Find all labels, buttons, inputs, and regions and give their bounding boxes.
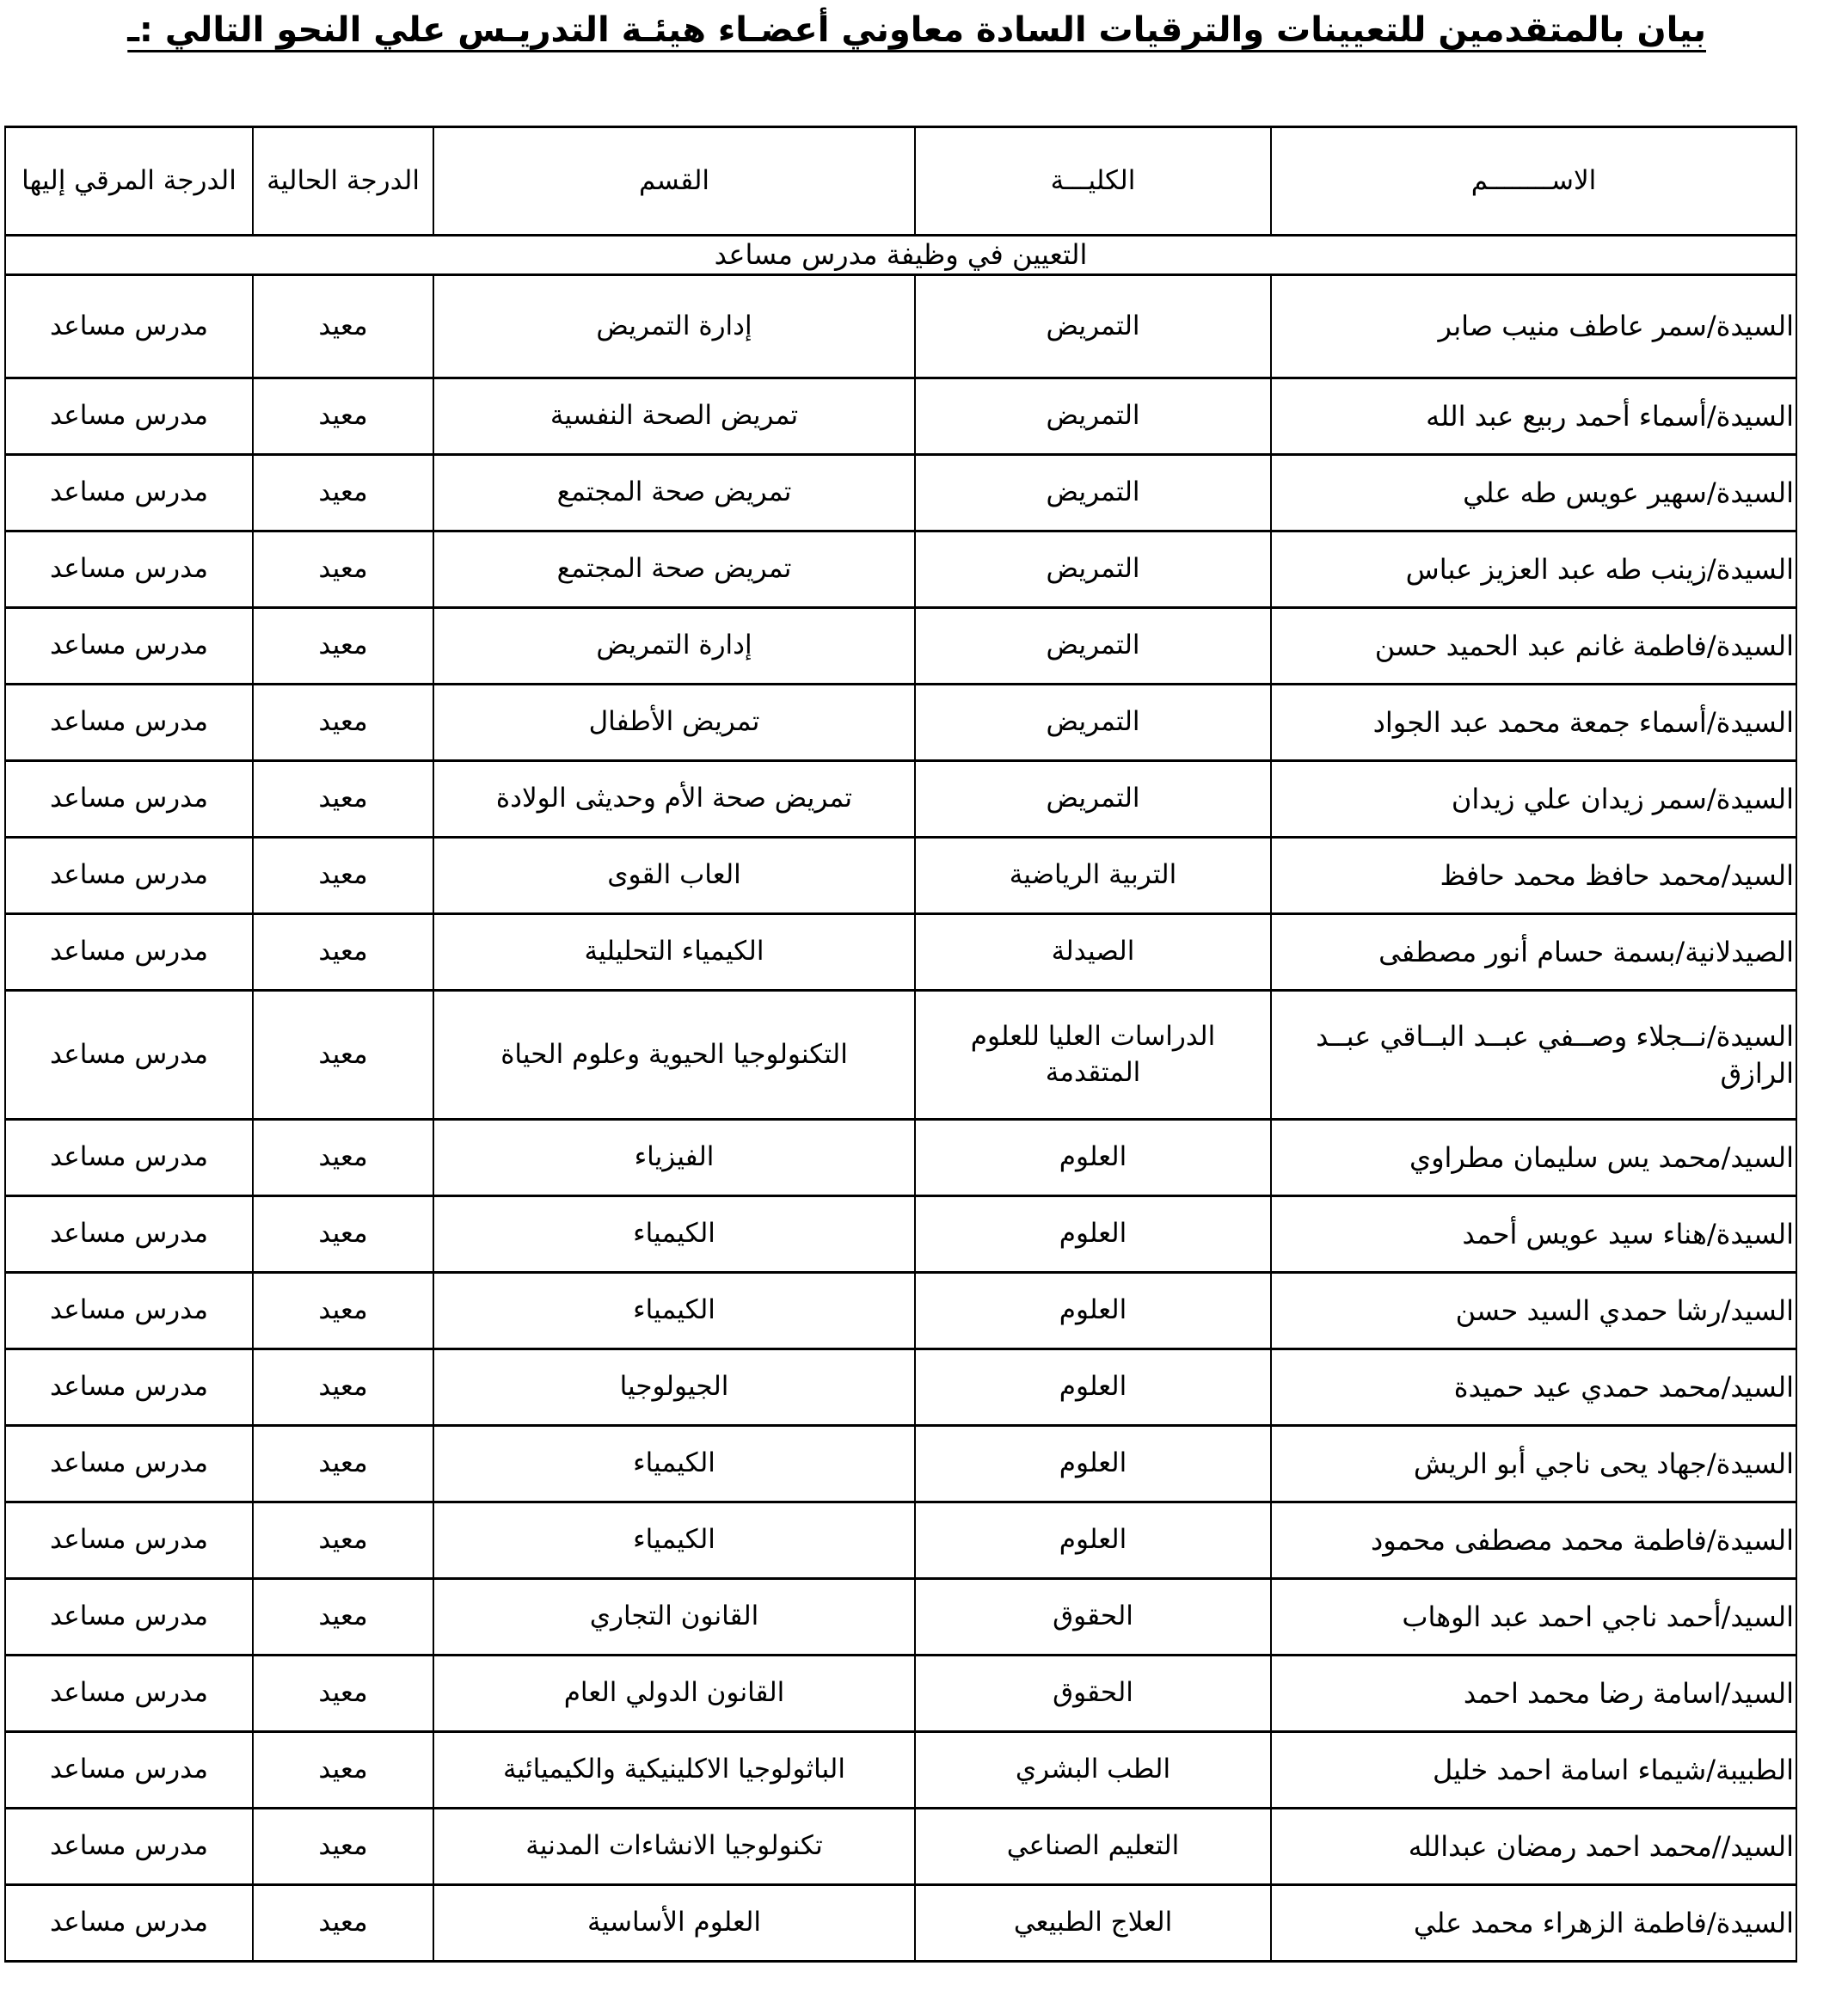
cell-department: تمريض الأطفال [433,685,915,761]
cell-faculty: العلوم [915,1273,1271,1349]
table-row: السيد/محمد يس سليمان مطراويالعلومالفيزيا… [5,1120,1796,1196]
cell-department: القانون التجاري [433,1579,915,1656]
cell-current-degree: معيد [253,1502,433,1579]
cell-name: السيد/محمد حافظ محمد حافظ [1271,838,1796,914]
cell-current-degree: معيد [253,1196,433,1273]
cell-promoted-degree: مدرس مساعد [5,275,253,378]
cell-promoted-degree: مدرس مساعد [5,1885,253,1962]
table-body: السيدة/سمر عاطف منيب صابرالتمريضإدارة ال… [5,275,1796,1962]
cell-current-degree: معيد [253,1349,433,1426]
cell-name: السيدة/أسماء أحمد ربيع عبد الله [1271,378,1796,455]
cell-name: السيدة/أسماء جمعة محمد عبد الجواد [1271,685,1796,761]
cell-department: العلوم الأساسية [433,1885,915,1962]
page-title: بيان بالمتقدمين للتعيينات والترقيات السا… [142,10,1706,50]
cell-faculty: العلوم [915,1196,1271,1273]
cell-current-degree: معيد [253,455,433,531]
cell-promoted-degree: مدرس مساعد [5,1120,253,1196]
cell-promoted-degree: مدرس مساعد [5,1809,253,1885]
cell-promoted-degree: مدرس مساعد [5,838,253,914]
cell-current-degree: معيد [253,378,433,455]
section-header-row: التعيين في وظيفة مدرس مساعد [5,236,1796,275]
cell-current-degree: معيد [253,1120,433,1196]
table-row: السيد/محمد حافظ محمد حافظالتربية الرياضي… [5,838,1796,914]
cell-faculty: التعليم الصناعي [915,1809,1271,1885]
cell-faculty: العلوم [915,1349,1271,1426]
cell-name: السيدة/فاطمة محمد مصطفى محمود [1271,1502,1796,1579]
cell-promoted-degree: مدرس مساعد [5,761,253,838]
table-header: الاســــــــم الكليـــة القسم الدرجة الح… [5,127,1796,275]
cell-current-degree: معيد [253,1732,433,1809]
table-row: السيدة/سهير عويس طه عليالتمريضتمريض صحة … [5,455,1796,531]
cell-department: إدارة التمريض [433,275,915,378]
cell-faculty: الطب البشري [915,1732,1271,1809]
cell-name: السيد/محمد حمدي عيد حميدة [1271,1349,1796,1426]
cell-current-degree: معيد [253,914,433,991]
cell-faculty: الحقوق [915,1656,1271,1732]
cell-current-degree: معيد [253,1656,433,1732]
cell-faculty: التمريض [915,455,1271,531]
cell-current-degree: معيد [253,531,433,608]
cell-faculty: العلوم [915,1120,1271,1196]
cell-department: الباثولوجيا الاكلينيكية والكيميائية [433,1732,915,1809]
cell-department: تمريض صحة المجتمع [433,455,915,531]
cell-department: تمريض صحة الأم وحديثى الولادة [433,761,915,838]
cell-promoted-degree: مدرس مساعد [5,455,253,531]
cell-department: التكنولوجيا الحيوية وعلوم الحياة [433,991,915,1120]
cell-department: الفيزياء [433,1120,915,1196]
table-row: السيدة/جهاد يحى ناجي أبو الريشالعلومالكي… [5,1426,1796,1502]
cell-department: القانون الدولي العام [433,1656,915,1732]
cell-promoted-degree: مدرس مساعد [5,1732,253,1809]
cell-current-degree: معيد [253,1579,433,1656]
table-row: السيدة/فاطمة الزهراء محمد عليالعلاج الطب… [5,1885,1796,1962]
cell-promoted-degree: مدرس مساعد [5,531,253,608]
cell-promoted-degree: مدرس مساعد [5,991,253,1120]
cell-promoted-degree: مدرس مساعد [5,1579,253,1656]
cell-department: العاب القوى [433,838,915,914]
column-header-name: الاســــــــم [1271,127,1796,236]
table-row: الطبيبة/شيماء اسامة احمد خليلالطب البشري… [5,1732,1796,1809]
cell-department: الكيمياء [433,1426,915,1502]
cell-current-degree: معيد [253,838,433,914]
column-header-current-degree: الدرجة الحالية [253,127,433,236]
cell-name: السيدة/جهاد يحى ناجي أبو الريش [1271,1426,1796,1502]
cell-faculty: التمريض [915,275,1271,378]
cell-name: السيد/اسامة رضا محمد احمد [1271,1656,1796,1732]
cell-faculty: التمريض [915,378,1271,455]
table-row: السيدة/سمر زيدان علي زيدانالتمريضتمريض ص… [5,761,1796,838]
cell-name: السيد/أحمد ناجي احمد عبد الوهاب [1271,1579,1796,1656]
cell-promoted-degree: مدرس مساعد [5,914,253,991]
table-row: السيد/رشا حمدي السيد حسنالعلومالكيمياءمع… [5,1273,1796,1349]
cell-current-degree: معيد [253,1426,433,1502]
cell-department: الكيمياء التحليلية [433,914,915,991]
cell-current-degree: معيد [253,1809,433,1885]
cell-faculty: العلوم [915,1426,1271,1502]
column-header-faculty: الكليـــة [915,127,1271,236]
cell-promoted-degree: مدرس مساعد [5,1426,253,1502]
cell-current-degree: معيد [253,685,433,761]
cell-current-degree: معيد [253,1273,433,1349]
cell-faculty: الدراسات العليا للعلوم المتقدمة [915,991,1271,1120]
cell-faculty: التمريض [915,531,1271,608]
cell-name: السيدة/فاطمة الزهراء محمد علي [1271,1885,1796,1962]
cell-department: الكيمياء [433,1273,915,1349]
cell-department: تكنولوجيا الانشاءات المدنية [433,1809,915,1885]
section-header: التعيين في وظيفة مدرس مساعد [5,236,1796,275]
column-header-promoted-degree: الدرجة المرقي إليها [5,127,253,236]
cell-name: السيد//محمد احمد رمضان عبدالله [1271,1809,1796,1885]
table-row: السيد/أحمد ناجي احمد عبد الوهابالحقوقالق… [5,1579,1796,1656]
cell-current-degree: معيد [253,761,433,838]
cell-department: الجيولوجيا [433,1349,915,1426]
cell-promoted-degree: مدرس مساعد [5,1502,253,1579]
cell-name: الصيدلانية/بسمة حسام أنور مصطفى [1271,914,1796,991]
cell-promoted-degree: مدرس مساعد [5,608,253,685]
cell-current-degree: معيد [253,1885,433,1962]
cell-promoted-degree: مدرس مساعد [5,1349,253,1426]
applicants-table: الاســــــــم الكليـــة القسم الدرجة الح… [4,126,1797,1963]
cell-department: تمريض صحة المجتمع [433,531,915,608]
column-header-department: القسم [433,127,915,236]
cell-faculty: التمريض [915,685,1271,761]
table-row: السيدة/نــجلاء وصــفي عبــد البــاقي عبـ… [5,991,1796,1120]
cell-name: السيدة/هناء سيد عويس أحمد [1271,1196,1796,1273]
cell-name: الطبيبة/شيماء اسامة احمد خليل [1271,1732,1796,1809]
cell-promoted-degree: مدرس مساعد [5,685,253,761]
table-row: الصيدلانية/بسمة حسام أنور مصطفىالصيدلةال… [5,914,1796,991]
table-row: السيد//محمد احمد رمضان عبداللهالتعليم ال… [5,1809,1796,1885]
cell-name: السيدة/فاطمة غانم عبد الحميد حسن [1271,608,1796,685]
document-page: بيان بالمتقدمين للتعيينات والترقيات السا… [0,0,1848,2009]
cell-promoted-degree: مدرس مساعد [5,1656,253,1732]
cell-faculty: العلوم [915,1502,1271,1579]
cell-current-degree: معيد [253,991,433,1120]
cell-name: السيدة/سمر عاطف منيب صابر [1271,275,1796,378]
cell-department: الكيمياء [433,1196,915,1273]
cell-faculty: العلاج الطبيعي [915,1885,1271,1962]
cell-department: الكيمياء [433,1502,915,1579]
cell-name: السيدة/زينب طه عبد العزيز عباس [1271,531,1796,608]
cell-current-degree: معيد [253,275,433,378]
cell-name: السيدة/سمر زيدان علي زيدان [1271,761,1796,838]
cell-faculty: التمريض [915,608,1271,685]
cell-faculty: الصيدلة [915,914,1271,991]
cell-promoted-degree: مدرس مساعد [5,1273,253,1349]
table-row: السيدة/هناء سيد عويس أحمدالعلومالكيمياءم… [5,1196,1796,1273]
cell-faculty: التمريض [915,761,1271,838]
cell-name: السيد/محمد يس سليمان مطراوي [1271,1120,1796,1196]
cell-promoted-degree: مدرس مساعد [5,378,253,455]
cell-department: تمريض الصحة النفسية [433,378,915,455]
cell-name: السيدة/نــجلاء وصــفي عبــد البــاقي عبـ… [1271,991,1796,1120]
table-row: السيد/اسامة رضا محمد احمدالحقوقالقانون ا… [5,1656,1796,1732]
cell-faculty: التربية الرياضية [915,838,1271,914]
cell-current-degree: معيد [253,608,433,685]
cell-name: السيدة/سهير عويس طه علي [1271,455,1796,531]
table-row: السيدة/أسماء جمعة محمد عبد الجوادالتمريض… [5,685,1796,761]
table-row: السيدة/سمر عاطف منيب صابرالتمريضإدارة ال… [5,275,1796,378]
cell-name: السيد/رشا حمدي السيد حسن [1271,1273,1796,1349]
cell-faculty: الحقوق [915,1579,1271,1656]
table-row: السيدة/زينب طه عبد العزيز عباسالتمريضتمر… [5,531,1796,608]
table-row: السيدة/أسماء أحمد ربيع عبد اللهالتمريضتم… [5,378,1796,455]
table-row: السيدة/فاطمة غانم عبد الحميد حسنالتمريضإ… [5,608,1796,685]
table-row: السيد/محمد حمدي عيد حميدةالعلومالجيولوجي… [5,1349,1796,1426]
cell-promoted-degree: مدرس مساعد [5,1196,253,1273]
cell-department: إدارة التمريض [433,608,915,685]
table-header-row: الاســــــــم الكليـــة القسم الدرجة الح… [5,127,1796,236]
table-row: السيدة/فاطمة محمد مصطفى محمودالعلومالكيم… [5,1502,1796,1579]
